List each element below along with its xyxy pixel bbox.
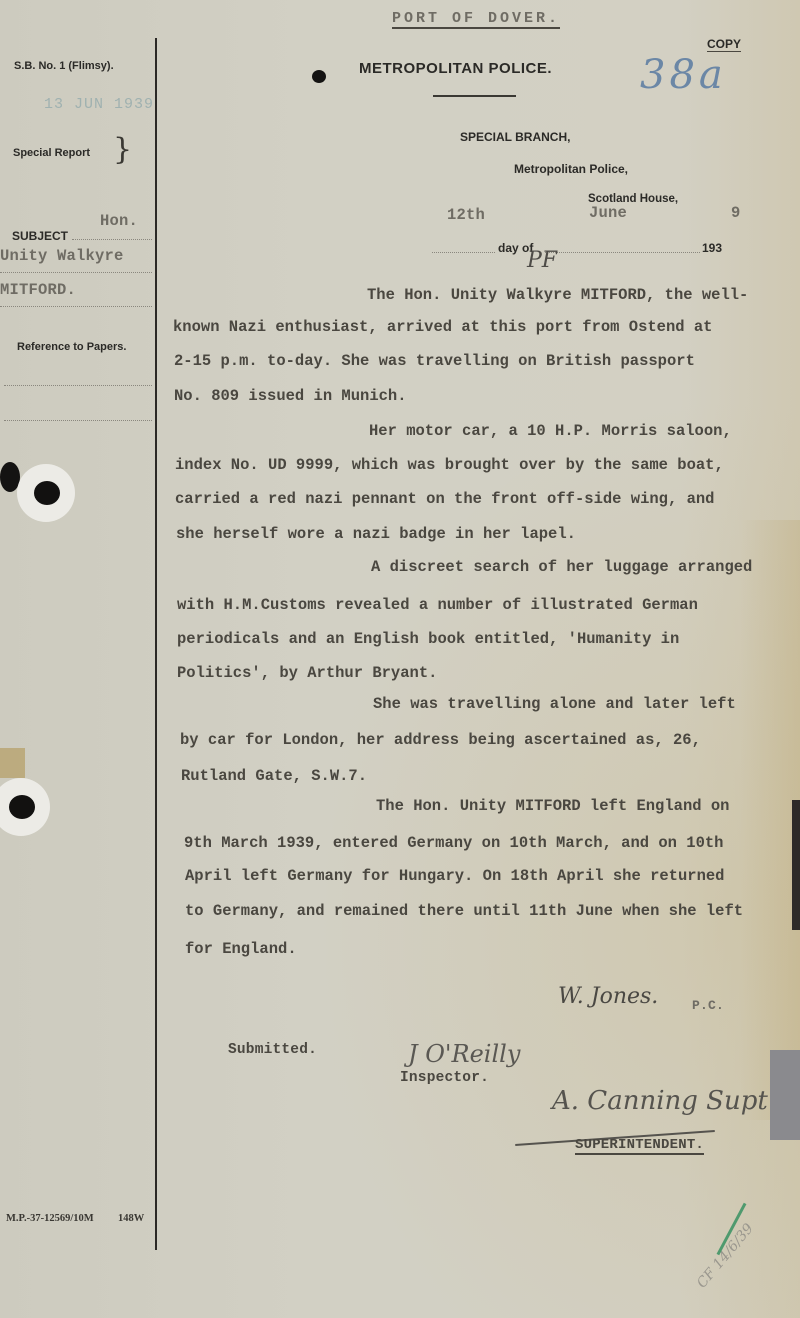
body-line: with H.M.Customs revealed a number of il… (177, 596, 698, 614)
organization-title: METROPOLITAN POLICE. (359, 60, 552, 77)
pf-annotation: PF (527, 248, 557, 273)
body-line: known Nazi enthusiast, arrived at this p… (173, 318, 713, 336)
body-line: Rutland Gate, S.W.7. (181, 767, 367, 785)
body-line: A discreet search of her luggage arrange… (371, 558, 752, 576)
superintendent-label: SUPERINTENDENT. (575, 1137, 704, 1155)
torn-edge (792, 800, 800, 930)
inspector-label: Inspector. (400, 1070, 489, 1086)
superintendent-signature: A. Canning Supt (552, 1086, 768, 1116)
received-date-stamp: 13 JUN 1939 (44, 96, 154, 113)
date-year-suffix: 9 (731, 204, 741, 222)
footer-code: M.P.-37-12569/10M (6, 1213, 94, 1224)
brace-icon: } (113, 132, 132, 167)
body-line: The Hon. Unity MITFORD left England on (376, 797, 729, 815)
inspector-signature: J O'Reilly (408, 1040, 520, 1068)
subject-line-1: Hon. (100, 212, 138, 230)
footer-code-2: 148W (118, 1213, 144, 1224)
body-line: periodicals and an English book entitled… (177, 630, 679, 648)
officer-rank: P.C. (692, 998, 724, 1013)
report-type: Special Report (13, 147, 90, 159)
reference-label: Reference to Papers. (17, 341, 126, 353)
punch-hole-reinforcement (17, 464, 75, 522)
title-rule (433, 95, 516, 97)
subject-line-2: Unity Walkyre (0, 247, 124, 265)
body-line: 9th March 1939, entered Germany on 10th … (184, 834, 724, 852)
port-line: PORT OF DOVER. (392, 10, 560, 29)
body-line: She was travelling alone and later left (373, 695, 736, 713)
dotted-line (4, 420, 152, 421)
body-line: The Hon. Unity Walkyre MITFORD, the well… (367, 286, 748, 304)
document-page (0, 0, 800, 1318)
dotted-line (432, 252, 495, 253)
dotted-line (4, 385, 152, 386)
body-line: Politics', by Arthur Bryant. (177, 664, 437, 682)
body-line: carried a red nazi pennant on the front … (175, 490, 715, 508)
officer-signature: W. Jones. (558, 984, 658, 1009)
subject-label: SUBJECT (12, 229, 68, 243)
form-number: S.B. No. 1 (Flimsy). (14, 60, 114, 72)
branch-label: SPECIAL BRANCH, (460, 130, 570, 144)
copy-mark: COPY (707, 37, 741, 52)
margin-rule (155, 38, 157, 1250)
body-line: for England. (185, 940, 297, 958)
body-line: to Germany, and remained there until 11t… (185, 902, 743, 920)
body-line: index No. UD 9999, which was brought ove… (175, 456, 724, 474)
dotted-line (0, 306, 152, 307)
dotted-line (0, 272, 152, 273)
dotted-line (72, 239, 152, 240)
dotted-line (545, 252, 700, 253)
tape-fragment (0, 748, 25, 778)
dept-label: Metropolitan Police, (514, 162, 628, 176)
body-line: Her motor car, a 10 H.P. Morris saloon, (369, 422, 732, 440)
ink-blot (312, 70, 326, 83)
body-line: by car for London, her address being asc… (180, 731, 701, 749)
year-prefix: 193 (702, 241, 722, 255)
submitted-label: Submitted. (228, 1042, 317, 1058)
body-line: 2-15 p.m. to-day. She was travelling on … (174, 352, 695, 370)
body-line: No. 809 issued in Munich. (174, 387, 407, 405)
date-day: 12th (447, 206, 485, 224)
file-annotation: 38a (640, 52, 727, 98)
torn-edge-lower (770, 1050, 800, 1140)
body-line: April left Germany for Hungary. On 18th … (185, 867, 725, 885)
paper-stain (740, 520, 800, 1120)
body-line: she herself wore a nazi badge in her lap… (176, 525, 576, 543)
subject-line-3: MITFORD. (0, 281, 76, 299)
date-month: June (589, 204, 627, 222)
